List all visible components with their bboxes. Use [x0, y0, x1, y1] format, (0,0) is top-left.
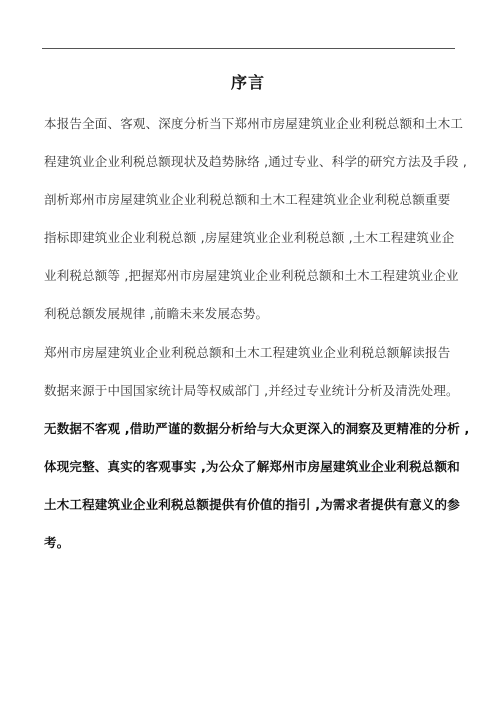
text-line: 业利税总额等 ,把握郑州市房屋建筑业企业利税总额和土木工程建筑业企业 — [44, 266, 459, 284]
text-line: 体现完整、真实的客观事实 ,为公众了解郑州市房屋建筑业企业利税总额和 — [44, 457, 460, 475]
text-line: 程建筑业企业利税总额现状及趋势脉络 ,通过专业、科学的研究方法及手段 , — [44, 152, 467, 170]
text-line: 利税总额发展规律 ,前瞻未来发展态势。 — [44, 304, 268, 322]
text-line: 无数据不客观 ,借助严谨的数据分析给与大众更深入的洞察及更精准的分析 , — [44, 419, 469, 437]
text-line: 数据来源于中国国家统计局等权威部门 ,并经过专业统计分析及清洗处理。 — [44, 381, 459, 399]
text-line: 本报告全面、客观、深度分析当下郑州市房屋建筑业企业利税总额和土木工 — [44, 114, 463, 132]
text-line: 土木工程建筑业企业利税总额提供有价值的指引 ,为需求者提供有意义的参 — [44, 495, 460, 513]
header-divider — [42, 48, 455, 49]
text-line: 剖析郑州市房屋建筑业企业利税总额和土木工程建筑业企业利税总额重要 — [44, 190, 450, 208]
page-title: 序言 — [0, 70, 496, 93]
text-line: 郑州市房屋建筑业企业利税总额和土木工程建筑业企业利税总额解读报告 — [44, 343, 450, 361]
text-line: 指标即建筑业企业利税总额 ,房屋建筑业企业利税总额 ,土木工程建筑业企 — [44, 228, 454, 246]
text-line: 考。 — [44, 533, 69, 551]
